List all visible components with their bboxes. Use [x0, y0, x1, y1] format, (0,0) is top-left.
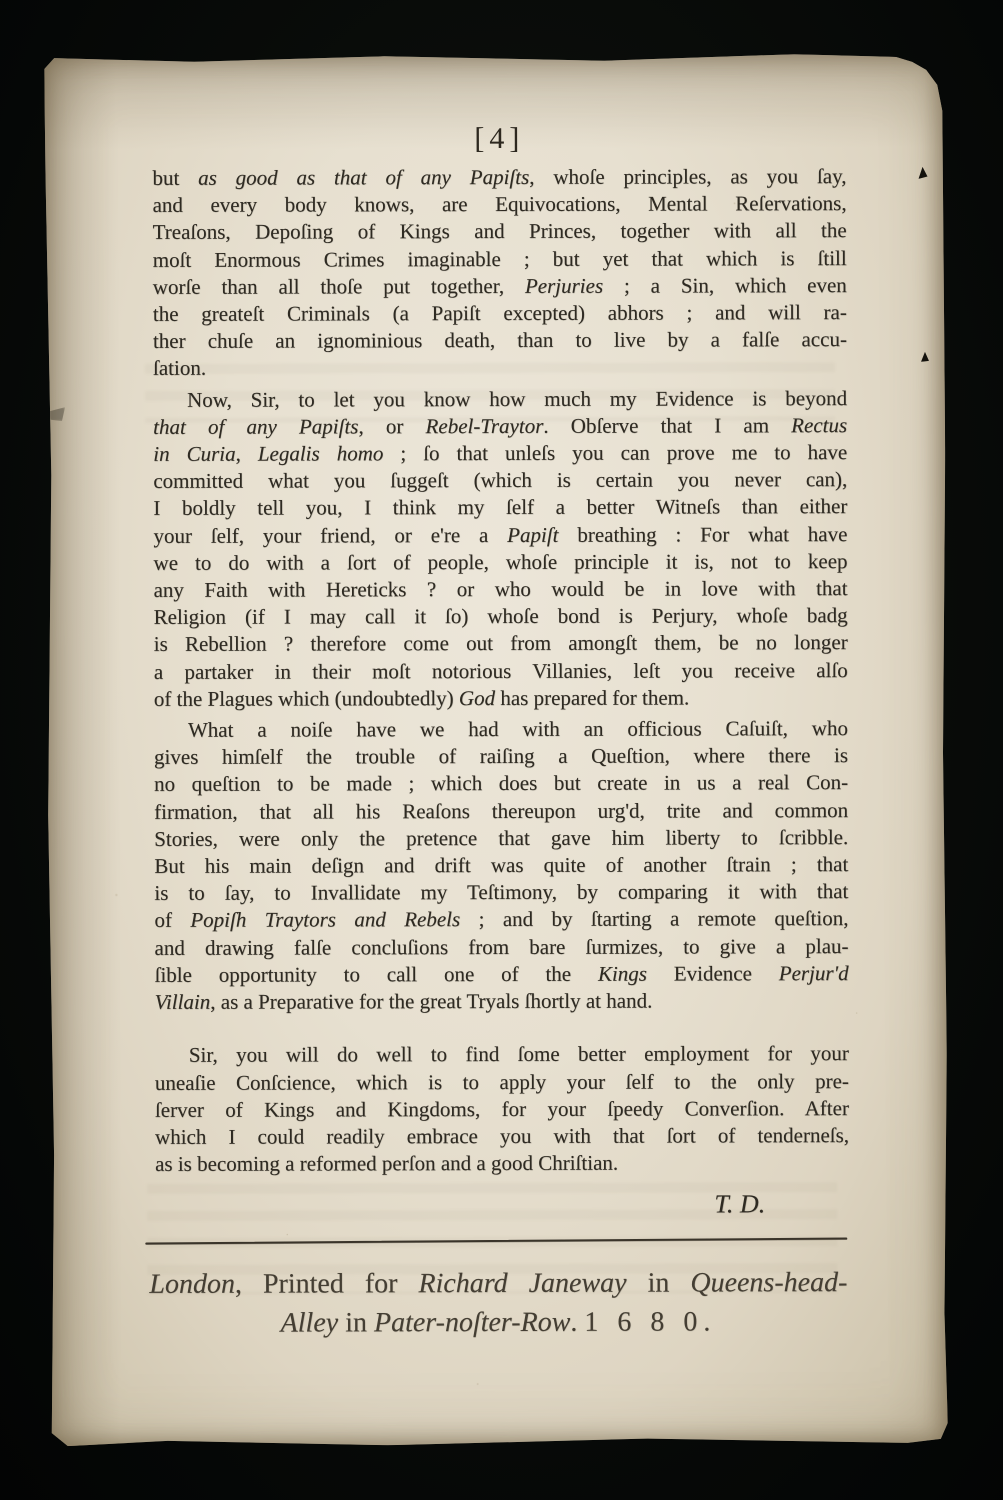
- text-line: committed what you ſuggeſt (which is cer…: [153, 466, 847, 495]
- text-segment: is to ſay, to Invallidate my Teſtimony, …: [154, 879, 848, 905]
- text-segment: any Faith with Hereticks ? or who would …: [154, 576, 848, 602]
- text-segment: moſt Enormous Crimes imaginable ; but ye…: [153, 246, 847, 272]
- body-paragraph: What a noiſe have we had with an officio…: [154, 715, 849, 1016]
- text-segment: ; a Sin, which even: [603, 273, 847, 298]
- text-segment: , or: [358, 414, 425, 438]
- text-segment: Sir, you will do well to find ſome bette…: [189, 1041, 849, 1067]
- text-segment: ,: [236, 442, 258, 466]
- text-line: we to do with a ſort of people, whoſe pr…: [153, 548, 847, 577]
- text-segment: in: [627, 1267, 691, 1298]
- text-segment: ; and by ſtarting a remote queſtion,: [460, 907, 848, 932]
- text-segment: your ſelf, your friend, or e're a: [153, 523, 507, 548]
- text-line: is to ſay, to Invallidate my Teſtimony, …: [154, 878, 848, 907]
- text-segment: Evidence: [647, 961, 779, 985]
- text-segment: is Rebellion ? therefore come out from a…: [154, 631, 848, 657]
- text-segment: a partaker in their moſt notorious Villa…: [154, 658, 848, 684]
- text-line: But his main deſign and drift was quite …: [154, 851, 848, 880]
- paper-crease-left: [44, 55, 120, 1447]
- text-segment: uneaſie Conſcience, which is to apply yo…: [155, 1069, 849, 1095]
- text-segment: , Printed for: [235, 1268, 419, 1299]
- text-segment: Villain: [155, 990, 211, 1014]
- imprint: London, Printed for Richard Janeway in Q…: [149, 1263, 847, 1343]
- text-line: no queſtion to be made ; which does but …: [154, 770, 848, 799]
- paper-smudge: [49, 407, 65, 421]
- text-line: uneaſie Conſcience, which is to apply yo…: [155, 1068, 849, 1097]
- text-segment: ſerver of Kings and Kingdoms, for your ſ…: [155, 1096, 849, 1122]
- text-segment: Perjur'd: [779, 961, 849, 985]
- text-segment: , whoſe principles, as you ſay,: [529, 164, 846, 189]
- text-line: ther chuſe an ignominious death, than to…: [153, 326, 847, 355]
- text-line: Religion (if I may call it ſo) whoſe bon…: [154, 602, 848, 631]
- text-segment: .: [570, 1307, 584, 1338]
- text-segment: worſe than all thoſe put together,: [153, 274, 525, 299]
- text-segment: What a noiſe have we had with an officio…: [188, 716, 848, 742]
- text-segment: ſible opportunity to call one of the: [155, 962, 598, 987]
- text-segment: Popiſh Traytors and Rebels: [190, 908, 460, 933]
- text-line: Alley in Pater-noſter-Row. 1 6 8 0.: [149, 1302, 847, 1343]
- text-line: worſe than all thoſe put together, Perju…: [153, 272, 847, 301]
- text-line: but as good as that of any Papiſts, whoſ…: [152, 163, 846, 192]
- text-segment: as good as that of any Papiſts: [198, 165, 529, 190]
- text-line: and drawing falſe concluſions from bare …: [154, 933, 848, 962]
- text-segment: , as a Preparative for the great Tryals …: [210, 989, 652, 1014]
- text-segment: Now, Sir, to let you know how much my Ev…: [187, 386, 847, 412]
- text-line: of Popiſh Traytors and Rebels ; and by ſ…: [154, 906, 848, 935]
- text-segment: as is becoming a reformed perſon and a g…: [155, 1151, 618, 1176]
- text-segment: no queſtion to be made ; which does but …: [154, 771, 848, 797]
- text-line: of the Plagues which (undoubtedly) God h…: [154, 684, 848, 713]
- text-line: Villain, as a Preparative for the great …: [155, 987, 849, 1016]
- text-segment: Kings: [598, 961, 647, 985]
- text-segment: ; ſo that unleſs you can prove me to hav…: [383, 440, 847, 465]
- text-segment: gives himſelf the trouble of raiſing a Q…: [154, 743, 848, 769]
- text-segment: in Curia: [153, 442, 235, 466]
- text-segment: we to do with a ſort of people, whoſe pr…: [153, 549, 847, 575]
- paper-chip: [921, 352, 929, 362]
- text-segment: the greateſt Criminals (a Papiſt excepte…: [153, 300, 847, 326]
- signature: T. D.: [155, 1190, 849, 1219]
- text-line: Treaſons, Depoſing of Kings and Princes,…: [153, 217, 847, 246]
- text-segment: of: [154, 908, 190, 932]
- text-segment: Rebel-Traytor: [425, 414, 543, 438]
- pamphlet-page: [4] but as good as that of any Papiſts, …: [44, 53, 950, 1447]
- body-paragraph: but as good as that of any Papiſts, whoſ…: [152, 163, 847, 382]
- text-segment: But his main deſign and drift was quite …: [154, 852, 848, 878]
- text-line: that of any Papiſts, or Rebel-Traytor. O…: [153, 412, 847, 441]
- text-segment: ſation.: [153, 356, 206, 380]
- text-line: any Faith with Hereticks ? or who would …: [154, 575, 848, 604]
- body-text: but as good as that of any Papiſts, whoſ…: [152, 163, 849, 1219]
- text-line: your ſelf, your friend, or e're a Papiſt…: [153, 521, 847, 550]
- text-segment: London: [149, 1269, 235, 1300]
- photo-background: [4] but as good as that of any Papiſts, …: [0, 0, 1003, 1500]
- text-line: Stories, were only the pretence that gav…: [154, 824, 848, 853]
- text-line: is Rebellion ? therefore come out from a…: [154, 630, 848, 659]
- text-segment: and drawing falſe concluſions from bare …: [154, 934, 848, 960]
- text-segment: Rectus: [791, 413, 847, 437]
- body-paragraph: Sir, you will do well to find ſome bette…: [155, 1040, 849, 1178]
- text-line: which I could readily embrace you with t…: [155, 1122, 849, 1151]
- text-segment: . Obſerve that I am: [543, 413, 791, 438]
- text-segment: that of any Papiſts: [153, 414, 358, 439]
- text-line: ſation.: [153, 354, 847, 383]
- body-paragraph: Now, Sir, to let you know how much my Ev…: [153, 385, 848, 713]
- text-segment: Papiſt: [507, 522, 558, 546]
- text-line: Now, Sir, to let you know how much my Ev…: [153, 385, 847, 414]
- text-line: and every body knows, are Equivocations,…: [153, 190, 847, 219]
- text-segment: in: [338, 1307, 374, 1338]
- text-segment: Religion (if I may call it ſo) whoſe bon…: [154, 603, 848, 629]
- paper-chip: [918, 167, 927, 179]
- text-segment: and every body knows, are Equivocations,…: [153, 191, 847, 217]
- text-segment: breathing : For what have: [558, 522, 847, 547]
- text-segment: Queens-head-: [690, 1267, 847, 1298]
- text-line: ſerver of Kings and Kingdoms, for your ſ…: [155, 1095, 849, 1124]
- text-line: moſt Enormous Crimes imaginable ; but ye…: [153, 245, 847, 274]
- text-line: gives himſelf the trouble of raiſing a Q…: [154, 742, 848, 771]
- text-line: London, Printed for Richard Janeway in Q…: [149, 1263, 847, 1304]
- text-segment: but: [152, 166, 198, 190]
- text-segment: Richard Janeway: [418, 1268, 626, 1300]
- text-segment: Pater-noſter-Row: [374, 1307, 570, 1339]
- text-segment: ther chuſe an ignominious death, than to…: [153, 327, 847, 353]
- text-line: the greateſt Criminals (a Papiſt excepte…: [153, 299, 847, 328]
- text-segment: Perjuries: [525, 274, 603, 298]
- horizontal-rule: [145, 1238, 847, 1245]
- text-segment: which I could readily embrace you with t…: [155, 1123, 849, 1149]
- page-number: [4]: [152, 121, 846, 157]
- text-line: ſible opportunity to call one of the Kin…: [155, 960, 849, 989]
- text-segment: God: [459, 686, 495, 710]
- text-line: in Curia, Legalis homo ; ſo that unleſs …: [153, 439, 847, 468]
- text-segment: Stories, were only the pretence that gav…: [154, 825, 848, 851]
- text-line: Sir, you will do well to find ſome bette…: [155, 1040, 849, 1069]
- text-segment: firmation, that all his Reaſons thereupo…: [154, 798, 848, 824]
- text-line: firmation, that all his Reaſons thereupo…: [154, 797, 848, 826]
- text-segment: Alley: [281, 1307, 339, 1338]
- text-line: I boldly tell you, I think my ſelf a bet…: [153, 494, 847, 523]
- text-segment: of the Plagues which (undoubtedly): [154, 686, 459, 711]
- text-line: What a noiſe have we had with an officio…: [154, 715, 848, 744]
- text-segment: has prepared for them.: [495, 685, 689, 710]
- text-segment: Treaſons, Depoſing of Kings and Princes,…: [153, 218, 847, 244]
- text-line: a partaker in their moſt notorious Villa…: [154, 657, 848, 686]
- text-segment: Legalis homo: [258, 441, 384, 465]
- text-segment: I boldly tell you, I think my ſelf a bet…: [153, 495, 847, 521]
- text-segment: 1 6 8 0.: [584, 1306, 716, 1337]
- text-segment: committed what you ſuggeſt (which is cer…: [153, 467, 847, 493]
- text-line: as is becoming a reformed perſon and a g…: [155, 1149, 849, 1178]
